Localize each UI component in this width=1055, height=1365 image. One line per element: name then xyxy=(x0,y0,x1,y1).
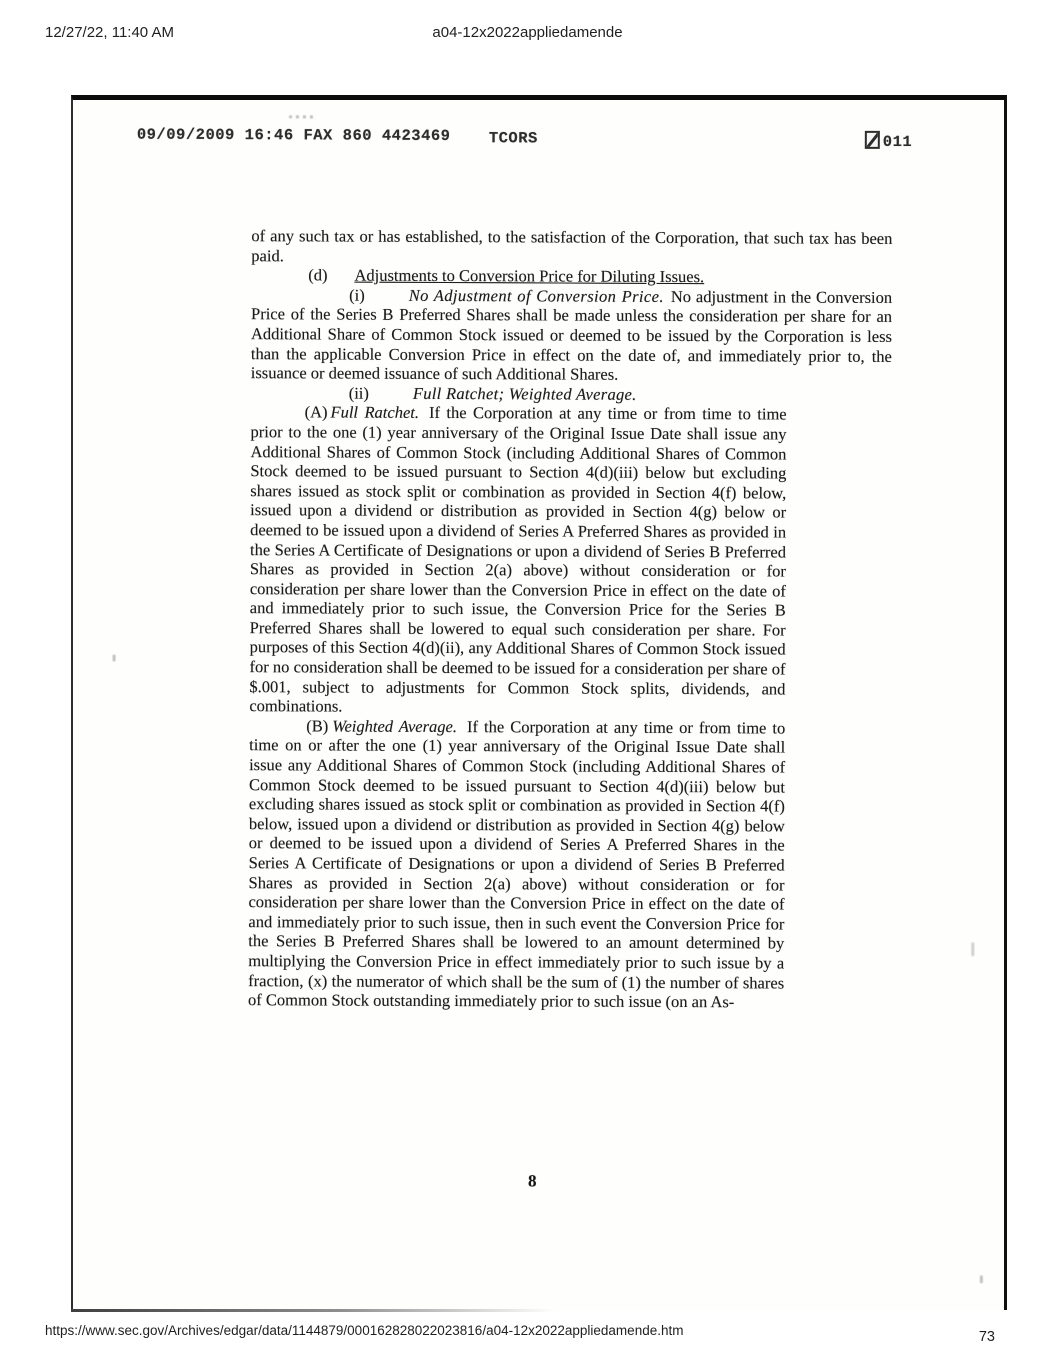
heading-diluting-issues: (d)Adjustments to Conversion Price for D… xyxy=(251,265,892,287)
print-footer-url: https://www.sec.gov/Archives/edgar/data/… xyxy=(45,1323,683,1338)
clause-title-no-adjustment: No Adjustment of Conversion Price. xyxy=(409,286,664,306)
fax-page-count-value: 011 xyxy=(883,133,912,151)
fax-timestamp-number: 09/09/2009 16:46 FAX 860 4423469 xyxy=(137,126,451,145)
print-footer-sheet-number: 73 xyxy=(979,1329,995,1345)
fax-page-icon xyxy=(865,131,880,149)
paragraph-intro: of any such tax or has established, to t… xyxy=(251,226,892,268)
paragraph-full-ratchet: (A)Full Ratchet.If the Corporation at an… xyxy=(249,402,786,718)
clause-body-full-ratchet: If the Corporation at any time or from t… xyxy=(249,403,786,716)
paragraph-no-adjustment: (i)No Adjustment of Conversion Price.No … xyxy=(251,285,892,386)
fax-transmission-header: 09/09/2009 16:46 FAX 860 4423469 TCORS 0… xyxy=(73,125,1004,153)
scan-artifact xyxy=(289,115,315,118)
heading-diluting-issues-text: Adjustments to Conversion Price for Dilu… xyxy=(354,266,704,287)
fax-page-count: 011 xyxy=(865,131,912,151)
clause-label-i: (i) xyxy=(349,285,365,304)
scan-artifact xyxy=(980,1275,983,1283)
scan-content: 09/09/2009 16:46 FAX 860 4423469 TCORS 0… xyxy=(68,98,1004,1312)
fax-sender-id: TCORS xyxy=(489,129,538,147)
print-header-title: a04-12x2022appliedamende xyxy=(0,24,1055,41)
legal-text-block: of any such tax or has established, to t… xyxy=(248,226,892,1013)
clause-title-full-ratchet: Full Ratchet. xyxy=(331,403,420,422)
clause-body-weighted-average: If the Corporation at any time or from t… xyxy=(248,717,785,1011)
clause-label-ii: (ii) xyxy=(349,383,369,402)
scanned-document-page: 09/09/2009 16:46 FAX 860 4423469 TCORS 0… xyxy=(71,95,1007,1310)
clause-label-b: (B) xyxy=(306,716,328,735)
clause-label-d: (d) xyxy=(308,266,327,285)
scan-artifact xyxy=(971,942,974,956)
scan-artifact xyxy=(113,655,116,662)
clause-title-weighted-average: Weighted Average. xyxy=(332,716,457,736)
clause-label-a: (A) xyxy=(305,403,328,422)
paragraph-weighted-average: (B)Weighted Average.If the Corporation a… xyxy=(248,716,785,1012)
clause-title-full-ratchet-weighted-average: Full Ratchet; Weighted Average. xyxy=(413,384,637,404)
document-page-number: 8 xyxy=(520,1171,544,1191)
